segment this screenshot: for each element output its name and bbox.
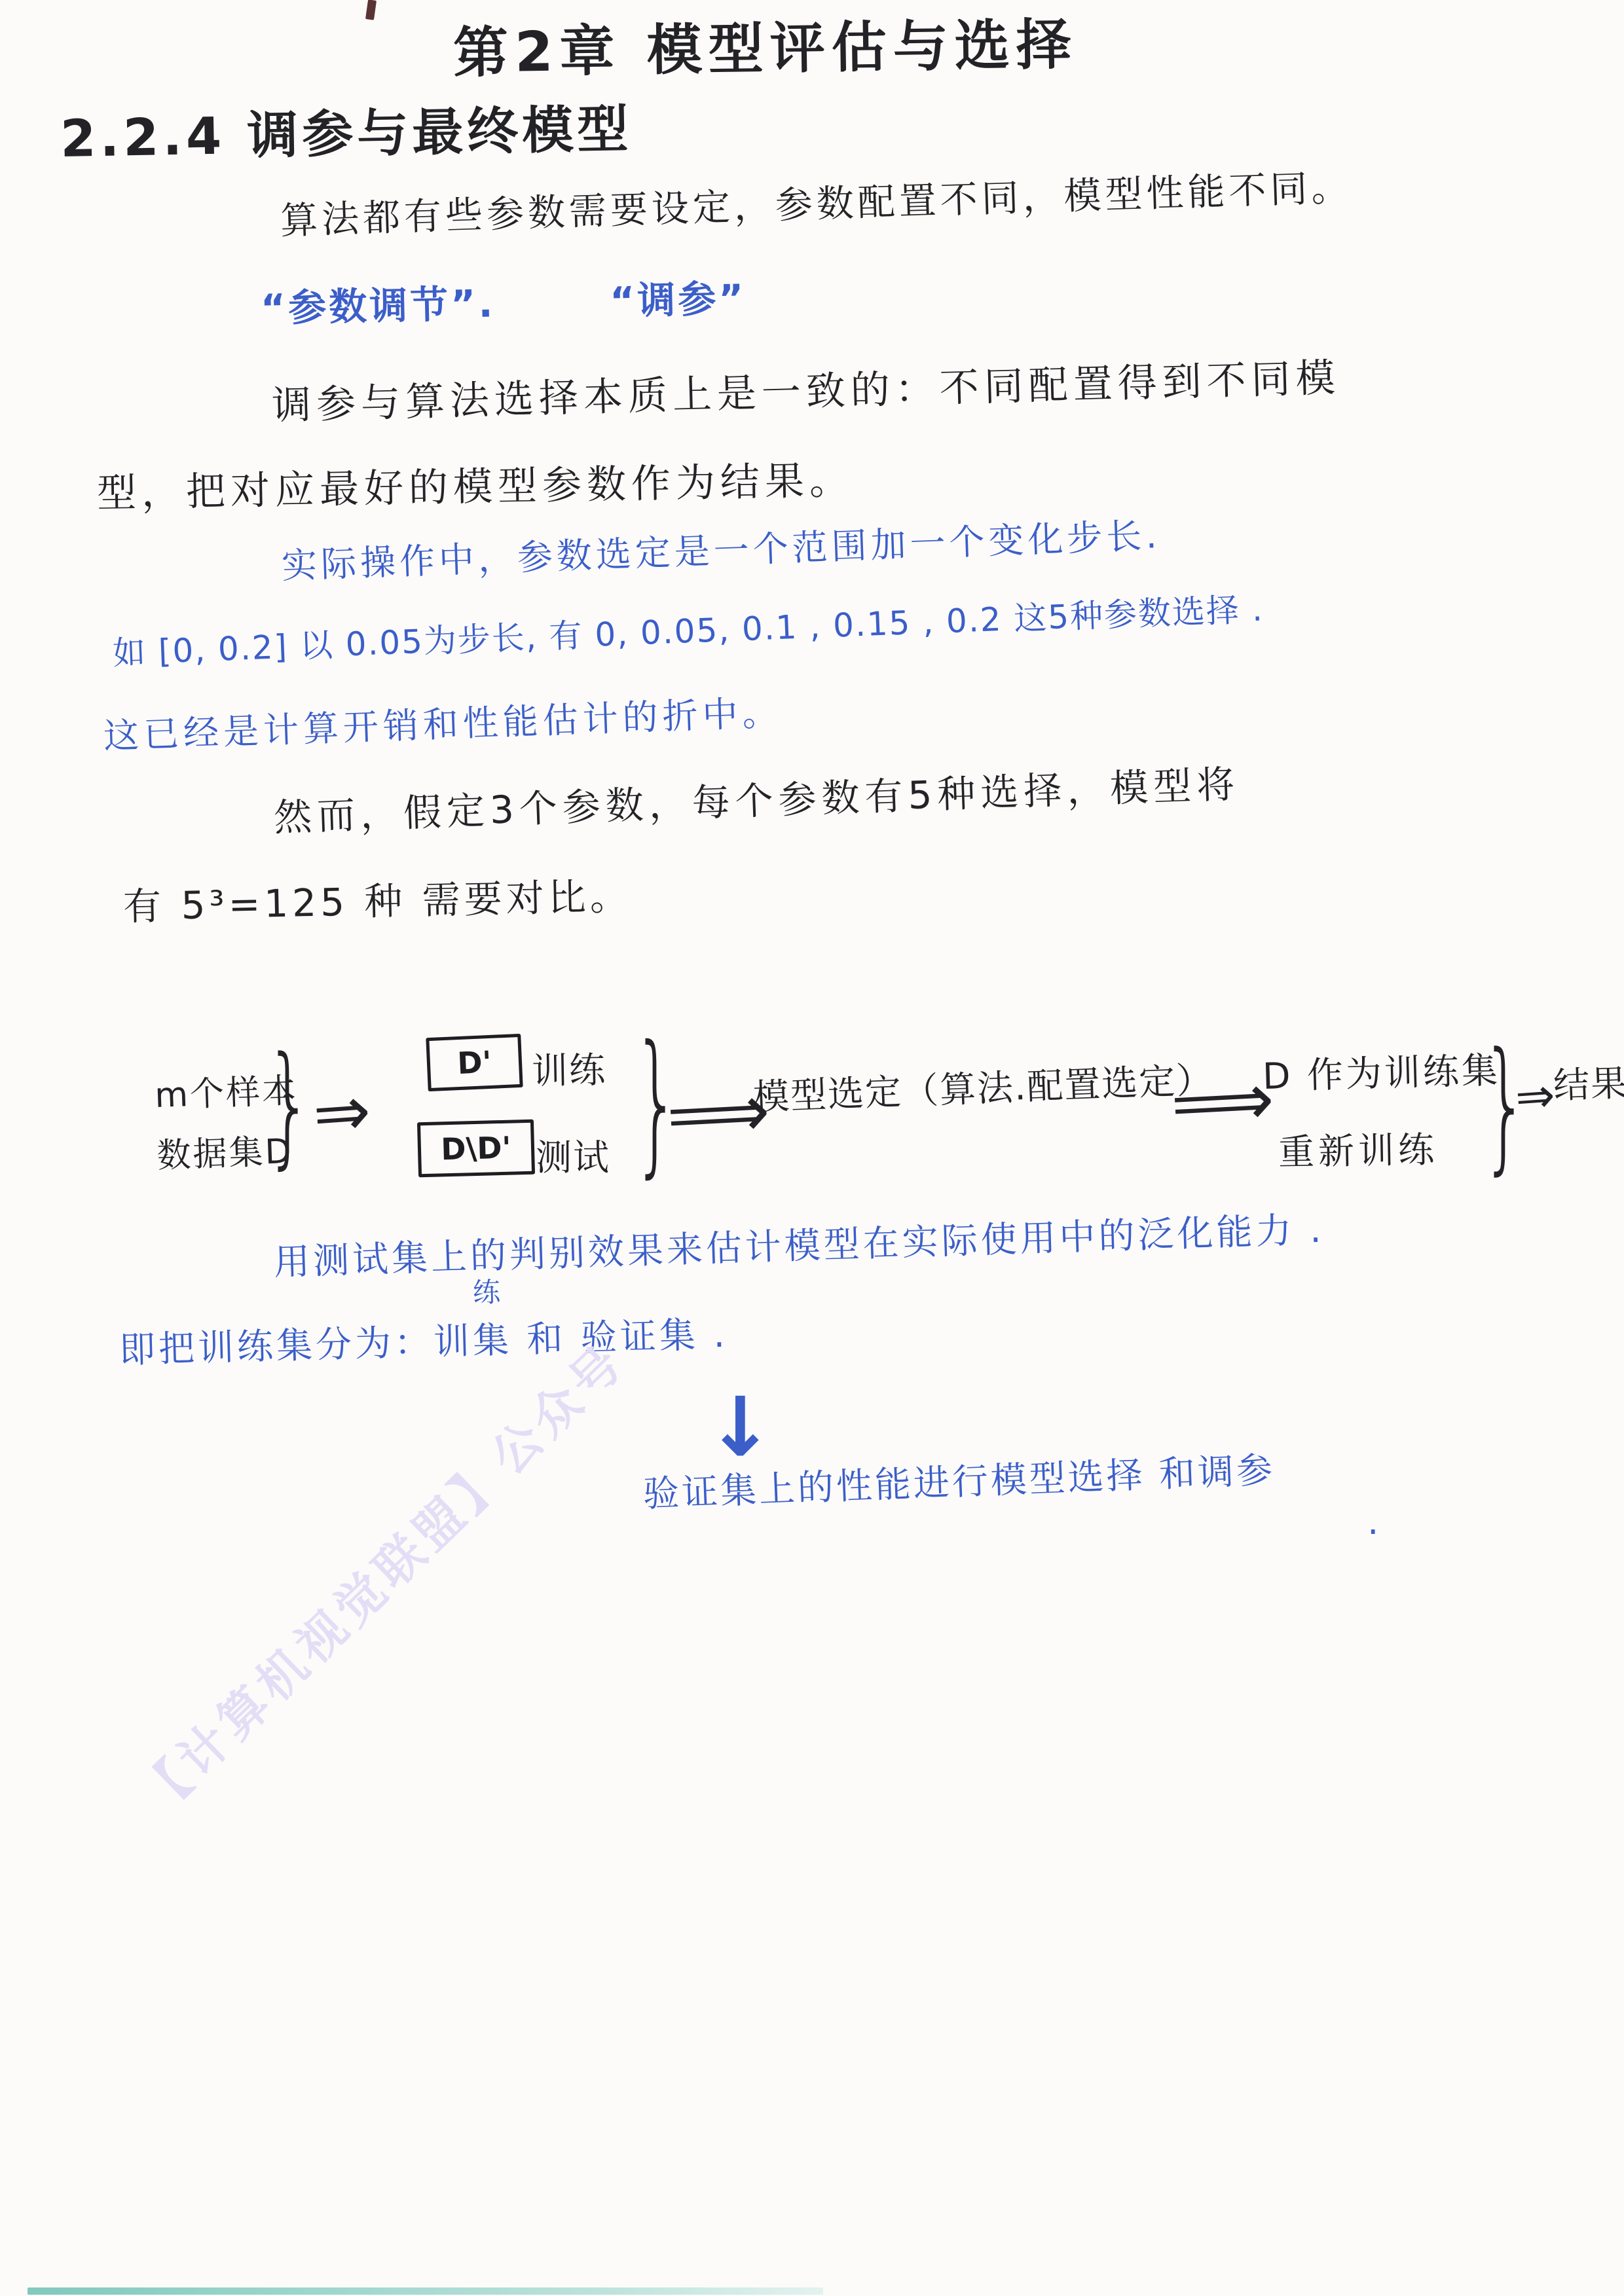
- quoted-terms-row: “参数调节”. “调参”: [260, 267, 747, 333]
- test-subset-box: D\D': [417, 1120, 535, 1178]
- train-text: 训练: [531, 1041, 606, 1094]
- paragraph-125-models-line1: 然而，假定3个参数，每个参数有5种选择，模型将: [273, 754, 1241, 842]
- paragraph-125-models-line2: 有 5³=125 种 需要对比。: [122, 866, 632, 931]
- scan-edge-strip: [28, 2287, 823, 2295]
- double-arrow-icon: ⇒: [1513, 1067, 1557, 1125]
- paragraph-range-step-line3: 这已经是计算开销和性能估计的折中。: [103, 685, 783, 759]
- double-arrow-icon: ⇒: [310, 1070, 373, 1154]
- test-subset-box-label: D\D': [441, 1130, 512, 1167]
- paragraph-range-step-line1: 实际操作中，参数选定是一个范围加一个变化步长.: [281, 507, 1162, 589]
- train-subset-box-label: D': [456, 1044, 492, 1081]
- paragraph-range-step-line2: 如 [0, 0.2] 以 0.05为步长, 有 0, 0.05, 0.1 , 0…: [112, 583, 1264, 674]
- notebook-page: 第2章 模型评估与选择 2.2.4 调参与最终模型 算法都有些参数需要设定，参数…: [0, 0, 1624, 2296]
- paragraph-algorithm-params: 算法都有些参数需要设定，参数配置不同，模型性能不同。: [280, 158, 1354, 245]
- brace-icon: }: [265, 1062, 313, 1150]
- paragraph-tuning-vs-selection-line1: 调参与算法选择本质上是一致的：不同配置得到不同模: [271, 346, 1341, 431]
- inserted-char: 练: [472, 1271, 501, 1311]
- conclusion-generalization: 用测试集上的判别效果来估计模型在实际使用中的泛化能力 .: [273, 1201, 1325, 1285]
- model-select-text: 模型选定（算法.配置选定）: [752, 1051, 1214, 1120]
- result-text: 结果: [1553, 1054, 1624, 1108]
- conclusion-split-anchor: 集: [472, 1319, 513, 1362]
- page-title: 第2章 模型评估与选择: [452, 1, 1078, 88]
- quote-parameter-tuning: “参数调节”.: [260, 273, 496, 333]
- train-subset-box: D': [426, 1034, 523, 1091]
- conclusion-split-after: 和 验证集 .: [511, 1313, 728, 1361]
- quote-tiaocan: “调参”: [609, 267, 747, 325]
- retrain-line2: 重新训练: [1278, 1121, 1438, 1175]
- test-text: 测试: [536, 1129, 610, 1180]
- conclusion-split-before: 即把训练集分为：训: [119, 1320, 473, 1371]
- paragraph-tuning-vs-selection-line2: 型，把对应最好的模型参数作为结果。: [96, 449, 854, 519]
- conclusion-period: .: [1367, 1501, 1378, 1542]
- scan-speck: [365, 0, 377, 20]
- watermark: 【计算机视觉联盟】公众号: [121, 1324, 638, 1827]
- retrain-line1: D 作为训练集: [1262, 1042, 1501, 1099]
- insert-anchor: 练集: [472, 1311, 513, 1364]
- conclusion-split-sets: 即把训练集分为：训练集 和 验证集 .: [119, 1305, 729, 1373]
- section-heading: 2.2.4 调参与最终模型: [60, 88, 633, 172]
- long-double-arrow-icon: ⟹: [1169, 1057, 1276, 1146]
